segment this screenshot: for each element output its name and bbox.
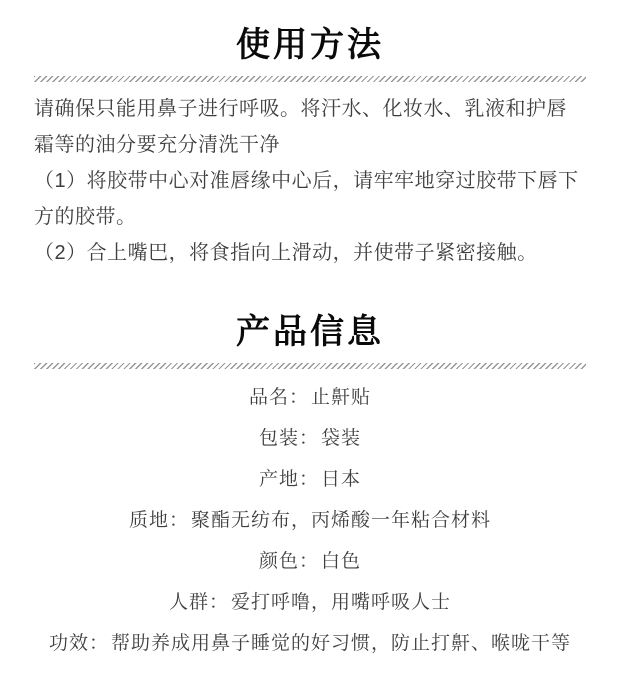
info-value: 白色 <box>321 551 361 572</box>
info-value: 止鼾贴 <box>311 387 371 408</box>
info-value: 日本 <box>321 469 361 490</box>
info-label: 人群 <box>169 592 209 613</box>
usage-section-title: 使用方法 <box>0 26 620 64</box>
info-separator: ： <box>299 428 319 449</box>
info-label: 产地 <box>259 469 299 490</box>
info-separator: ： <box>299 469 319 490</box>
info-value: 帮助养成用鼻子睡觉的好习惯，防止打鼾、喉咙干等 <box>111 633 571 654</box>
info-label: 功效 <box>49 633 89 654</box>
info-row-color: 颜色：白色 <box>10 550 610 574</box>
info-label: 质地 <box>129 510 169 531</box>
info-value: 袋装 <box>321 428 361 449</box>
usage-step-1: （1）将胶带中心对准唇缘中心后，请牢牢地穿过胶带下唇下方的胶带。 <box>34 163 586 235</box>
info-value: 爱打呼噜，用嘴呼吸人士 <box>231 592 451 613</box>
usage-intro-paragraph: 请确保只能用鼻子进行呼吸。将汗水、化妆水、乳液和护唇霜等的油分要充分清洗干净 <box>34 91 586 163</box>
info-row-material: 质地：聚酯无纺布，丙烯酸一年粘合材料 <box>10 509 610 533</box>
product-info-list: 品名：止鼾贴 包装：袋装 产地：日本 质地：聚酯无纺布，丙烯酸一年粘合材料 颜色… <box>10 386 610 656</box>
product-info-section: 产品信息 品名：止鼾贴 包装：袋装 产地：日本 质地：聚酯无纺布，丙烯酸一年粘合… <box>0 313 620 656</box>
info-separator: ： <box>299 551 319 572</box>
info-separator: ： <box>89 633 109 654</box>
info-separator: ： <box>289 387 309 408</box>
usage-step-2: （2）合上嘴巴，将食指向上滑动，并使带子紧密接触。 <box>34 235 586 271</box>
info-value: 聚酯无纺布，丙烯酸一年粘合材料 <box>191 510 491 531</box>
info-label: 包装 <box>259 428 299 449</box>
info-row-origin: 产地：日本 <box>10 468 610 492</box>
usage-hatched-divider <box>34 76 586 82</box>
info-row-product-name: 品名：止鼾贴 <box>10 386 610 410</box>
product-info-section-title: 产品信息 <box>0 313 620 351</box>
product-info-hatched-divider <box>34 363 586 369</box>
info-separator: ： <box>169 510 189 531</box>
product-detail-page: 使用方法 请确保只能用鼻子进行呼吸。将汗水、化妆水、乳液和护唇霜等的油分要充分清… <box>0 0 620 684</box>
info-row-packaging: 包装：袋装 <box>10 427 610 451</box>
info-row-effect: 功效：帮助养成用鼻子睡觉的好习惯，防止打鼾、喉咙干等 <box>10 632 610 656</box>
usage-text-block: 请确保只能用鼻子进行呼吸。将汗水、化妆水、乳液和护唇霜等的油分要充分清洗干净 （… <box>34 91 586 271</box>
info-label: 颜色 <box>259 551 299 572</box>
info-label: 品名 <box>249 387 289 408</box>
info-separator: ： <box>209 592 229 613</box>
info-row-target-users: 人群：爱打呼噜，用嘴呼吸人士 <box>10 591 610 615</box>
usage-section: 使用方法 请确保只能用鼻子进行呼吸。将汗水、化妆水、乳液和护唇霜等的油分要充分清… <box>0 26 620 271</box>
